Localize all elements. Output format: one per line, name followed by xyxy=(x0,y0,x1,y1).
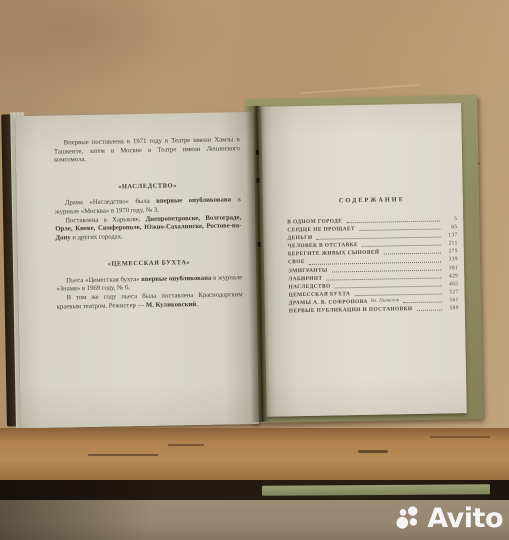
toc-page-number: 137 xyxy=(443,231,457,239)
text-run: Пьеса «Цемесская бухта» xyxy=(66,276,141,284)
open-book: Впервые поставлена в 1971 году в Театре … xyxy=(1,98,501,431)
paragraph-nasledstvo-staged: Поставлена в Харькове, Днепропетровске, … xyxy=(55,214,241,243)
text-run-bold: М. Куликовский xyxy=(146,301,196,309)
table-edge-plank xyxy=(0,428,509,486)
dot-leader xyxy=(317,234,441,240)
dot-leader xyxy=(359,226,440,231)
toc-page-number: 465 xyxy=(444,280,458,288)
left-page: Впервые поставлена в 1971 году в Театре … xyxy=(15,112,259,428)
section-heading-tsemesskaya: «ЦЕМЕССКАЯ БУХТА» xyxy=(56,258,242,270)
toc-row: ПЕРВЫЕ ПУБЛИКАЦИИ И ПОСТАНОВКИ 589 xyxy=(289,304,459,315)
section-heading-nasledstvo: «НАСЛЕДСТВО» xyxy=(55,181,241,193)
toc-page-number: 275 xyxy=(444,248,458,256)
green-shelf-edge xyxy=(262,484,490,496)
dot-leader xyxy=(346,218,440,224)
wood-grain xyxy=(358,450,388,453)
photo-scene: Впервые поставлена в 1971 году в Театре … xyxy=(0,0,509,540)
avito-watermark: Avito xyxy=(396,503,503,534)
table-of-contents: СОДЕРЖАНИЕ В ОДНОМ ГОРОДЕ 5 СЕРДЦЕ НЕ ПР… xyxy=(287,195,459,315)
toc-page-number: 339 xyxy=(444,256,458,264)
paragraph-premiere: Впервые поставлена в 1971 году в Театре … xyxy=(54,136,240,165)
stitch-thread xyxy=(256,178,259,183)
text-run: и других городах. xyxy=(71,233,123,241)
toc-title: СОДЕРЖАНИЕ xyxy=(287,195,457,205)
stitch-thread xyxy=(258,242,261,247)
toc-page-number: 211 xyxy=(444,239,458,247)
dot-leader xyxy=(383,250,440,255)
dot-leader xyxy=(403,299,441,304)
text-run: Поставлена в Харькове, xyxy=(65,215,146,223)
wood-grain xyxy=(168,444,204,446)
text-run: . xyxy=(196,300,198,307)
toc-page-number: 527 xyxy=(444,288,458,296)
avito-logo-icon xyxy=(396,505,423,532)
toc-item-title: БЕРЕГИТЕ ЖИВЫХ СЫНОВЕЙ xyxy=(288,249,380,259)
toc-page-number: 429 xyxy=(444,272,458,280)
avito-wordmark: Avito xyxy=(427,503,503,534)
stitch-thread xyxy=(256,150,259,155)
text-run-bold: впервые опубликована xyxy=(141,274,211,282)
text-run: Драма «Наследство» была xyxy=(65,198,156,207)
right-page: СОДЕРЖАНИЕ В ОДНОМ ГОРОДЕ 5 СЕРДЦЕ НЕ ПР… xyxy=(261,103,467,417)
toc-item-title: СЕРДЦЕ НЕ ПРОЩАЕТ xyxy=(287,225,355,234)
toc-page-number: 85 xyxy=(443,223,457,231)
dot-leader xyxy=(354,290,441,296)
toc-page-number: 589 xyxy=(445,304,459,312)
wood-scratch xyxy=(300,84,420,94)
toc-page-number: 561 xyxy=(445,296,459,304)
left-page-text: Впервые поставлена в 1971 году в Театре … xyxy=(54,136,243,311)
text-run-bold: впервые опубликована xyxy=(156,196,231,204)
toc-item-title: ПЕРВЫЕ ПУБЛИКАЦИИ И ПОСТАНОВКИ xyxy=(289,305,413,315)
toc-page-number: 381 xyxy=(444,264,458,272)
dot-leader xyxy=(416,307,441,311)
dot-leader xyxy=(326,274,441,280)
wood-grain xyxy=(430,436,490,438)
dot-leader xyxy=(362,242,441,247)
toc-page-number: 5 xyxy=(443,215,457,223)
paragraph-tsemesskaya-staged: В том же году пьеса была поставлена Крас… xyxy=(57,291,243,311)
wood-grain xyxy=(88,454,158,456)
dot-leader xyxy=(335,282,442,288)
dot-leader xyxy=(332,266,442,272)
